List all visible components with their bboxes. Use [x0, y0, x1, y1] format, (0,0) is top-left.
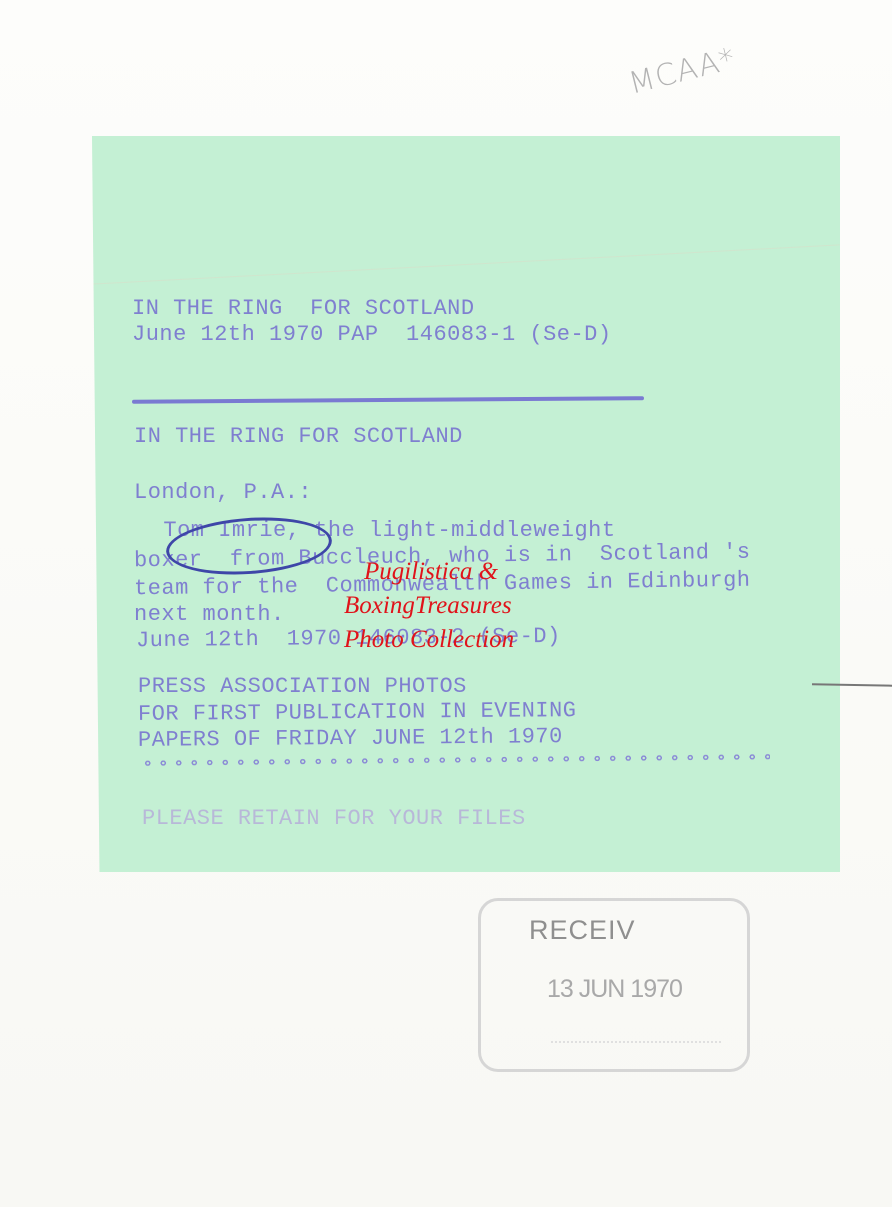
dateline: London, P.A.: — [134, 480, 312, 506]
stamp-label: RECEIV — [529, 915, 636, 946]
caption-title: IN THE RING FOR SCOTLAND — [134, 424, 463, 450]
header-title: IN THE RING FOR SCOTLAND — [132, 296, 475, 322]
received-stamp: RECEIV 13 JUN 1970 — [478, 898, 750, 1072]
body-line-4: next month. — [134, 602, 285, 628]
watermark-line-2: BoxingTreasures — [344, 592, 512, 620]
watermark-line-3: Photo Collection — [344, 626, 514, 654]
release-line-3: PAPERS OF FRIDAY JUNE 12th 1970 — [138, 724, 563, 754]
retain-notice: PLEASE RETAIN FOR YOUR FILES — [142, 806, 526, 832]
stamp-dotted-line — [551, 1041, 721, 1043]
stamp-date: 13 JUN 1970 — [547, 975, 682, 1004]
release-line-2: FOR FIRST PUBLICATION IN EVENING — [138, 698, 577, 728]
watermark-line-1: Pugilistica & — [364, 558, 498, 586]
header-reference: June 12th 1970 PAP 146083-1 (Se-D) — [132, 322, 612, 348]
release-line-1: PRESS ASSOCIATION PHOTOS — [138, 674, 467, 700]
